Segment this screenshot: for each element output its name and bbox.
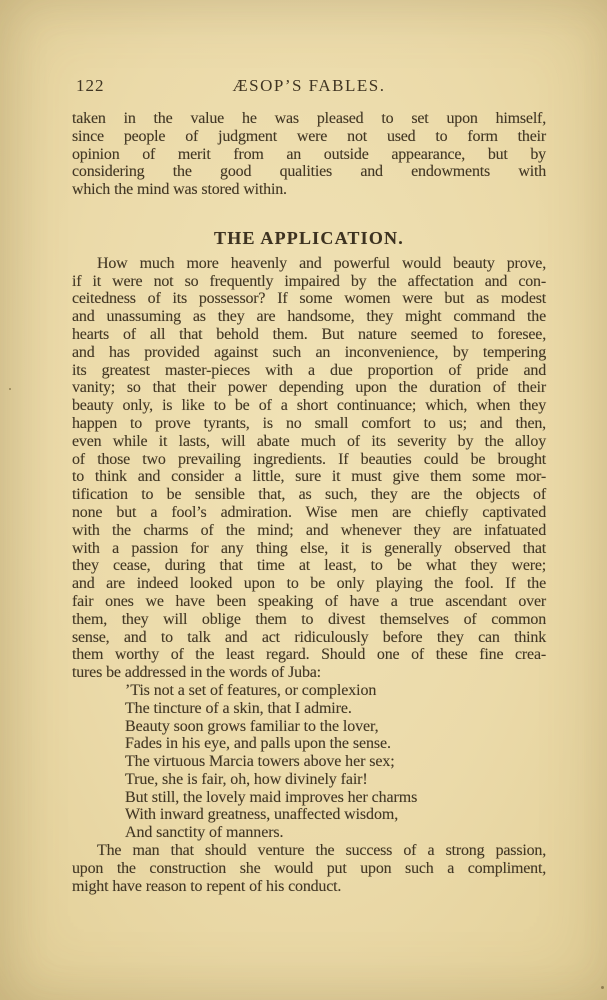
running-header-title: ÆSOP’S FABLES. xyxy=(233,76,386,96)
text-line: beauty only, is like to be of a short co… xyxy=(72,397,546,415)
text-line: of those two prevailing ingredients. If … xyxy=(72,451,546,469)
text-line: The man that should venture the success … xyxy=(72,842,546,860)
paper-speck xyxy=(601,986,604,989)
text-line: they cease, during that time at least, t… xyxy=(72,557,546,575)
verse-line: With inward greatness, unaffected wisdom… xyxy=(72,806,546,824)
text-line: them worthy of the least regard. Should … xyxy=(72,646,546,664)
verse-line: And sanctity of manners. xyxy=(72,824,546,842)
text-line: and are indeed looked upon to be only pl… xyxy=(72,575,546,593)
text-line: if it were not so frequently impaired by… xyxy=(72,273,546,291)
verse-line: Beauty soon grows familiar to the lover, xyxy=(72,718,546,736)
text-line: its greatest master-pieces with a due pr… xyxy=(72,362,546,380)
text-line: might have reason to repent of his condu… xyxy=(72,878,546,896)
closing-paragraph: The man that should venture the success … xyxy=(72,842,546,895)
paper-speck xyxy=(9,388,11,390)
book-page-scan: 122 ÆSOP’S FABLES. taken in the value he… xyxy=(0,0,607,1000)
continuation-paragraph: taken in the value he was pleased to set… xyxy=(72,110,546,199)
page-number: 122 xyxy=(76,76,105,96)
text-line: none but a fool’s admiration. Wise men a… xyxy=(72,504,546,522)
verse-block: ’Tis not a set of features, or complexio… xyxy=(72,682,546,842)
text-line: them, they will oblige them to divest th… xyxy=(72,611,546,629)
verse-line: Fades in his eye, and palls upon the sen… xyxy=(72,735,546,753)
text-line: with the charms of the mind; and wheneve… xyxy=(72,522,546,540)
application-paragraph: How much more heavenly and powerful woul… xyxy=(72,255,546,682)
text-line: tification to be sensible that, as such,… xyxy=(72,486,546,504)
section-heading: THE APPLICATION. xyxy=(72,230,546,248)
text-line: vanity; so that their power depending up… xyxy=(72,379,546,397)
text-line: hearts of all that behold them. But natu… xyxy=(72,326,546,344)
verse-line: ’Tis not a set of features, or complexio… xyxy=(72,682,546,700)
text-line: sense, and to talk and act ridiculously … xyxy=(72,629,546,647)
text-line: taken in the value he was pleased to set… xyxy=(72,110,546,128)
text-line: fair ones we have been speaking of have … xyxy=(72,593,546,611)
text-line: happen to prove tyrants, is no small com… xyxy=(72,415,546,433)
text-line: to think and consider a little, sure it … xyxy=(72,468,546,486)
text-line: and unassuming as they are handsome, the… xyxy=(72,308,546,326)
text-line: tures be addressed in the words of Juba: xyxy=(72,664,546,682)
text-line: which the mind was stored within. xyxy=(72,181,546,199)
text-block: taken in the value he was pleased to set… xyxy=(72,110,546,895)
verse-line: The virtuous Marcia towers above her sex… xyxy=(72,753,546,771)
verse-line: The tincture of a skin, that I admire. xyxy=(72,700,546,718)
running-header: 122 ÆSOP’S FABLES. xyxy=(72,76,546,96)
verse-line: True, she is fair, oh, how divinely fair… xyxy=(72,771,546,789)
text-line: How much more heavenly and powerful woul… xyxy=(72,255,546,273)
text-line: even while it lasts, will abate much of … xyxy=(72,433,546,451)
text-line: ceitedness of its possessor? If some wom… xyxy=(72,290,546,308)
text-line: considering the good qualities and endow… xyxy=(72,163,546,181)
text-line: since people of judgment were not used t… xyxy=(72,128,546,146)
text-line: with a passion for any thing else, it is… xyxy=(72,540,546,558)
verse-line: But still, the lovely maid improves her … xyxy=(72,789,546,807)
text-line: upon the construction she would put upon… xyxy=(72,860,546,878)
text-line: and has provided against such an inconve… xyxy=(72,344,546,362)
text-line: opinion of merit from an outside appeara… xyxy=(72,146,546,164)
